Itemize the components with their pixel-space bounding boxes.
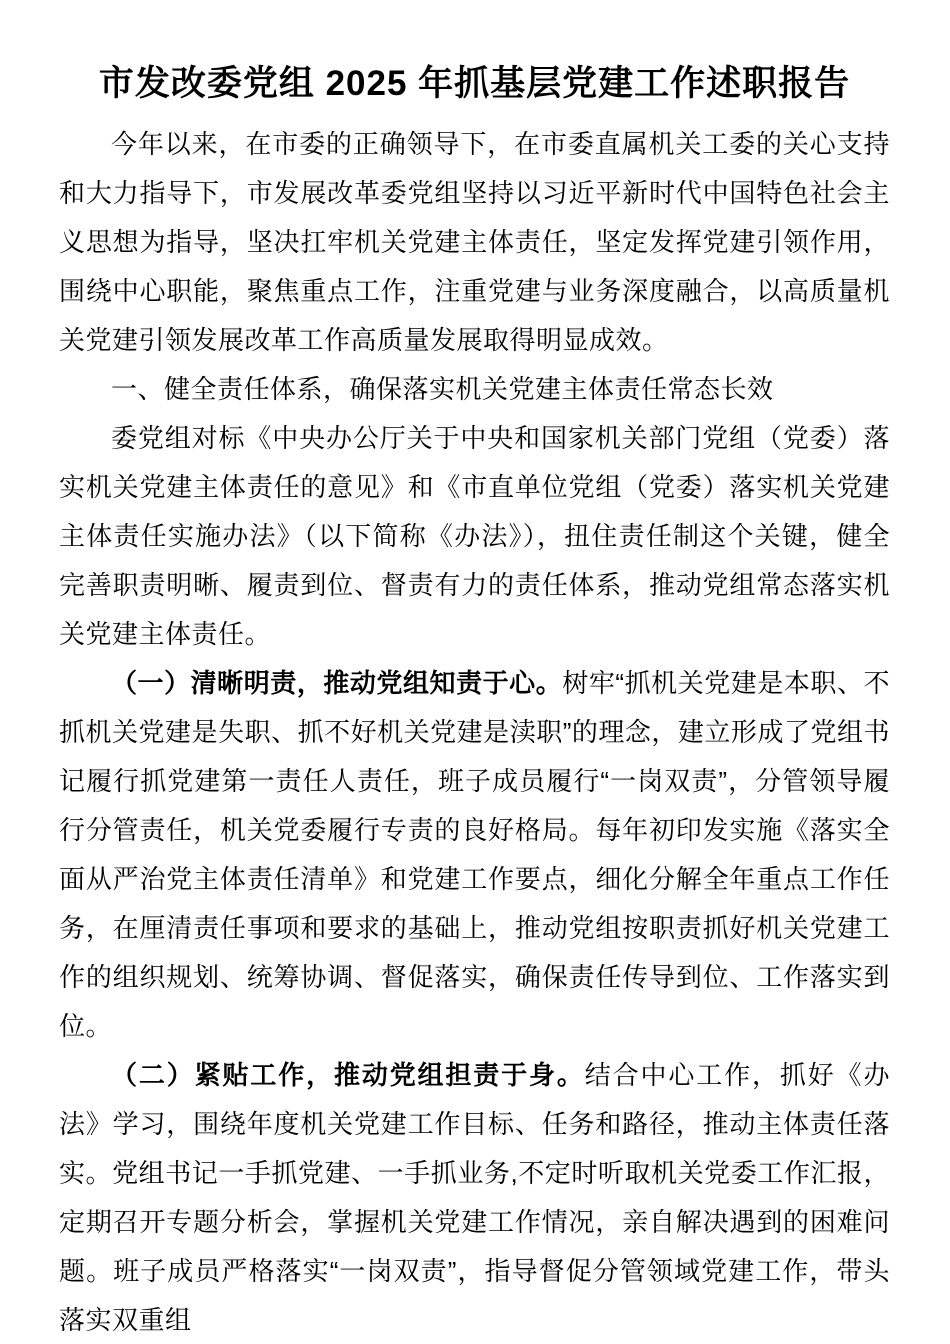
section-heading-1: 一、健全责任体系，确保落实机关党建主体责任常态长效 (59, 365, 890, 414)
subsection-2-paragraph: （二）紧贴工作，推动党组担责于身。结合中心工作，抓好《办法》学习，围绕年度机关党… (59, 1051, 890, 1344)
intro-paragraph: 今年以来，在市委的正确领导下，在市委直属机关工委的关心支持和大力指导下，市发展改… (59, 120, 890, 365)
subsection-2-heading: （二）紧贴工作，推动党组担责于身。 (111, 1060, 585, 1090)
document-title: 市发改委党组 2025 年抓基层党建工作述职报告 (59, 58, 890, 110)
subsection-1-paragraph: （一）清晰明责，推动党组知责于心。树牢“抓机关党建是本职、不抓机关党建是失职、抓… (59, 659, 890, 1051)
document-page: 市发改委党组 2025 年抓基层党建工作述职报告 今年以来，在市委的正确领导下，… (0, 0, 950, 1344)
subsection-2-text: 结合中心工作，抓好《办法》学习，围绕年度机关党建工作目标、任务和路径，推动主体责… (59, 1060, 890, 1335)
subsection-1-heading: （一）清晰明责，推动党组知责于心。 (111, 668, 562, 698)
subsection-1-text: 树牢“抓机关党建是本职、不抓机关党建是失职、抓不好机关党建是渎职”的理念，建立形… (59, 668, 890, 1041)
section-1-body-paragraph: 委党组对标《中央办公厅关于中央和国家机关部门党组（党委）落实机关党建主体责任的意… (59, 414, 890, 659)
